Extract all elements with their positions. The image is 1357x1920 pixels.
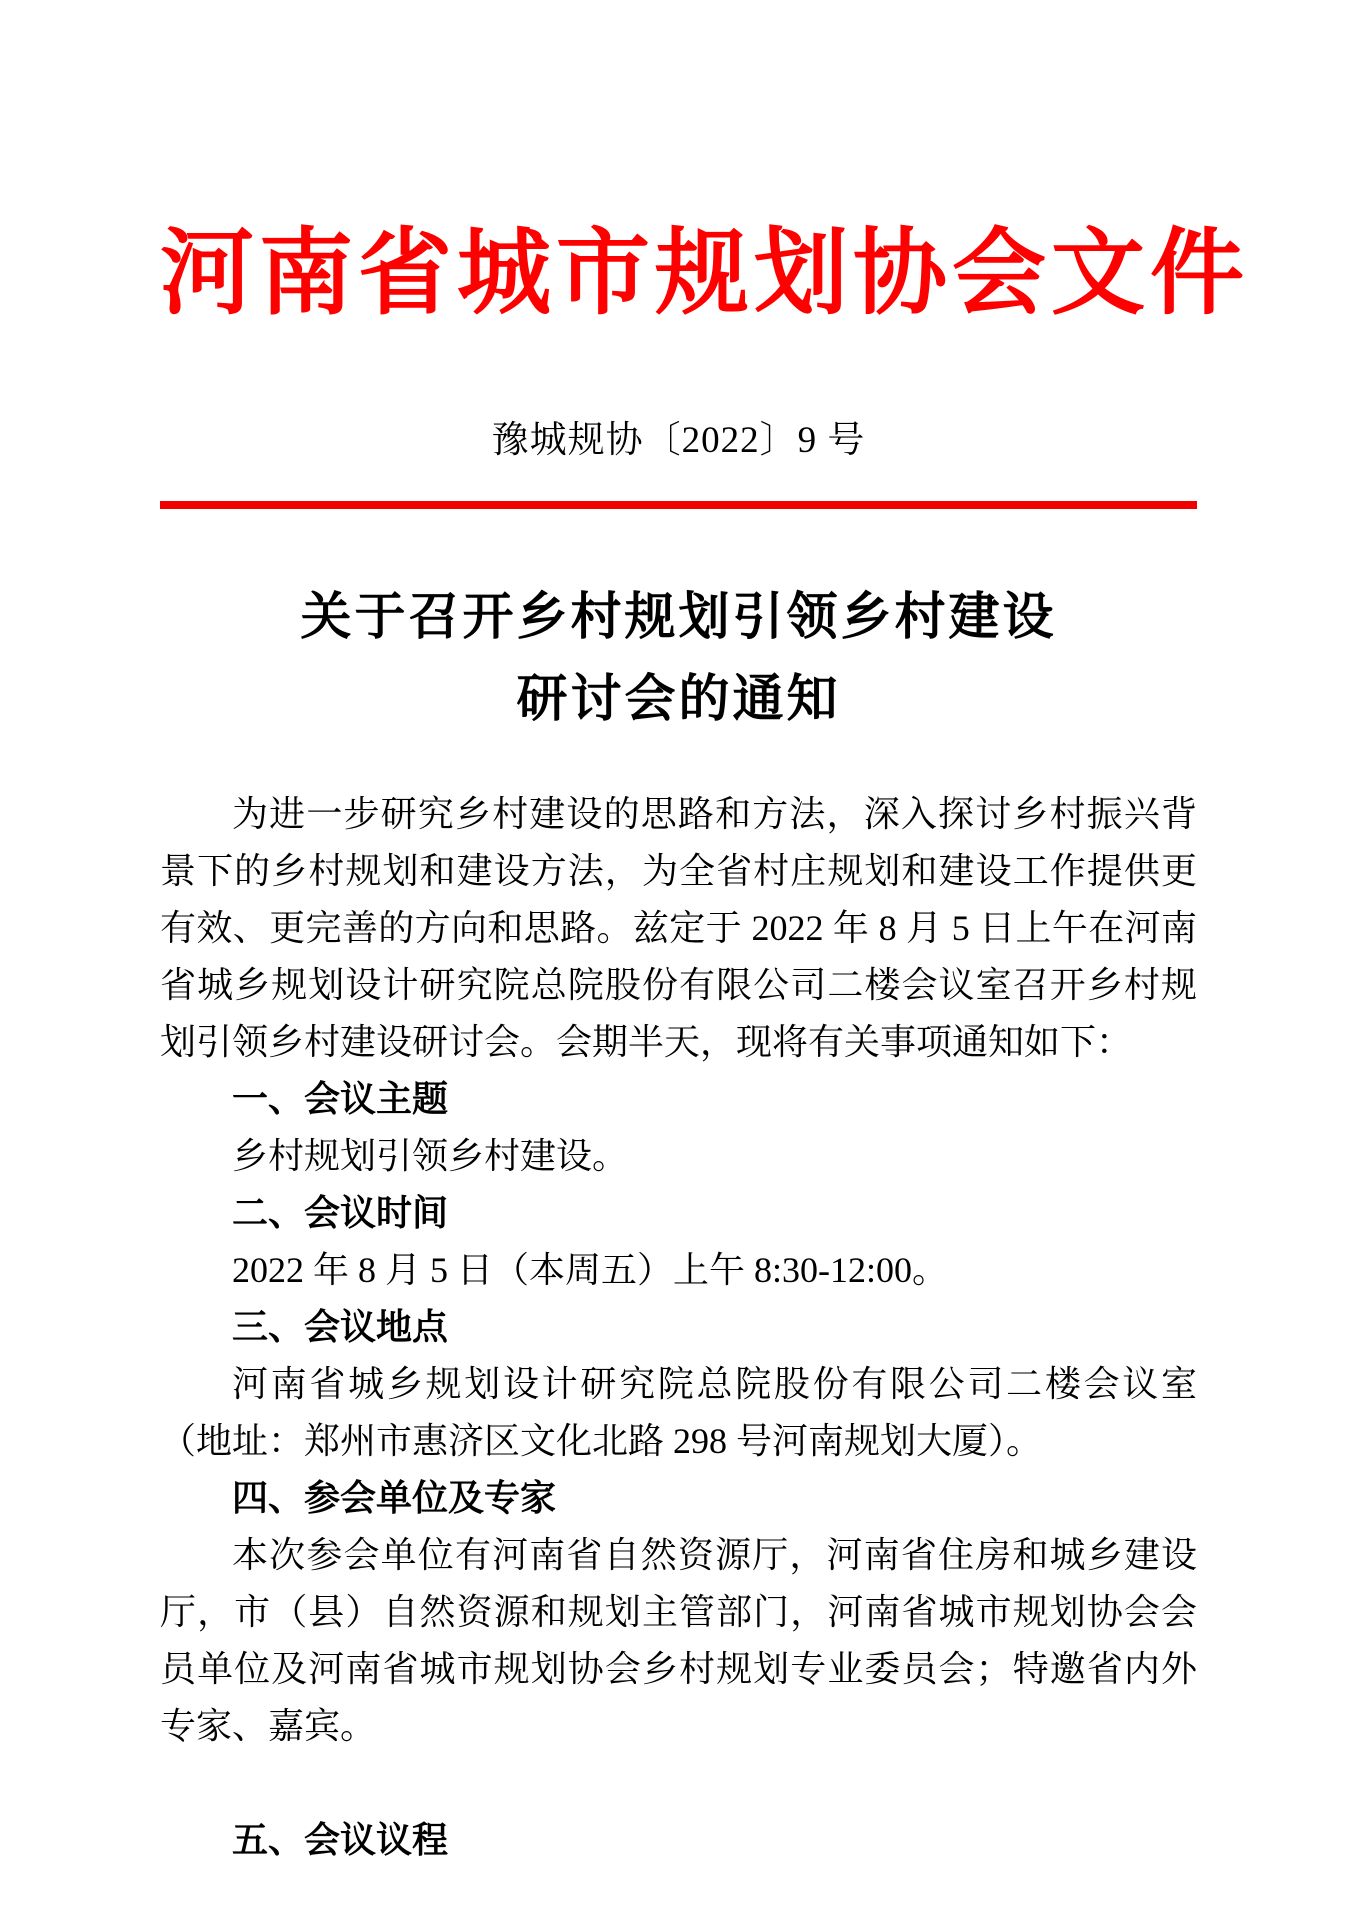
section-4-heading: 四、参会单位及专家 xyxy=(160,1470,1197,1527)
document-number: 豫城规协〔2022〕9 号 xyxy=(160,420,1197,462)
section-1-heading: 一、会议主题 xyxy=(160,1071,1197,1128)
document-title-line-2: 研讨会的通知 xyxy=(160,659,1197,741)
section-4-paragraph: 本次参会单位有河南省自然资源厅，河南省住房和城乡建设厅，市（县）自然资源和规划主… xyxy=(160,1527,1197,1755)
blank-line-spacer xyxy=(160,1755,1197,1812)
document-title-line-1: 关于召开乡村规划引领乡村建设 xyxy=(160,577,1197,659)
section-5-heading: 五、会议议程 xyxy=(160,1812,1197,1869)
red-header-org-title: 河南省城市规划协会文件 xyxy=(160,222,1197,327)
document-page: 河南省城市规划协会文件 豫城规协〔2022〕9 号 关于召开乡村规划引领乡村建设… xyxy=(0,0,1357,1920)
opening-paragraph: 为进一步研究乡村建设的思路和方法，深入探讨乡村振兴背景下的乡村规划和建设方法，为… xyxy=(160,786,1197,1071)
red-divider-rule xyxy=(160,501,1197,509)
section-2-heading: 二、会议时间 xyxy=(160,1185,1197,1242)
section-3-paragraph: 河南省城乡规划设计研究院总院股份有限公司二楼会议室（地址：郑州市惠济区文化北路 … xyxy=(160,1356,1197,1470)
document-body: 为进一步研究乡村建设的思路和方法，深入探讨乡村振兴背景下的乡村规划和建设方法，为… xyxy=(160,786,1197,1869)
section-1-paragraph: 乡村规划引领乡村建设。 xyxy=(160,1128,1197,1185)
section-3-heading: 三、会议地点 xyxy=(160,1299,1197,1356)
section-2-paragraph: 2022 年 8 月 5 日（本周五）上午 8:30-12:00。 xyxy=(160,1242,1197,1299)
document-title: 关于召开乡村规划引领乡村建设 研讨会的通知 xyxy=(160,577,1197,741)
